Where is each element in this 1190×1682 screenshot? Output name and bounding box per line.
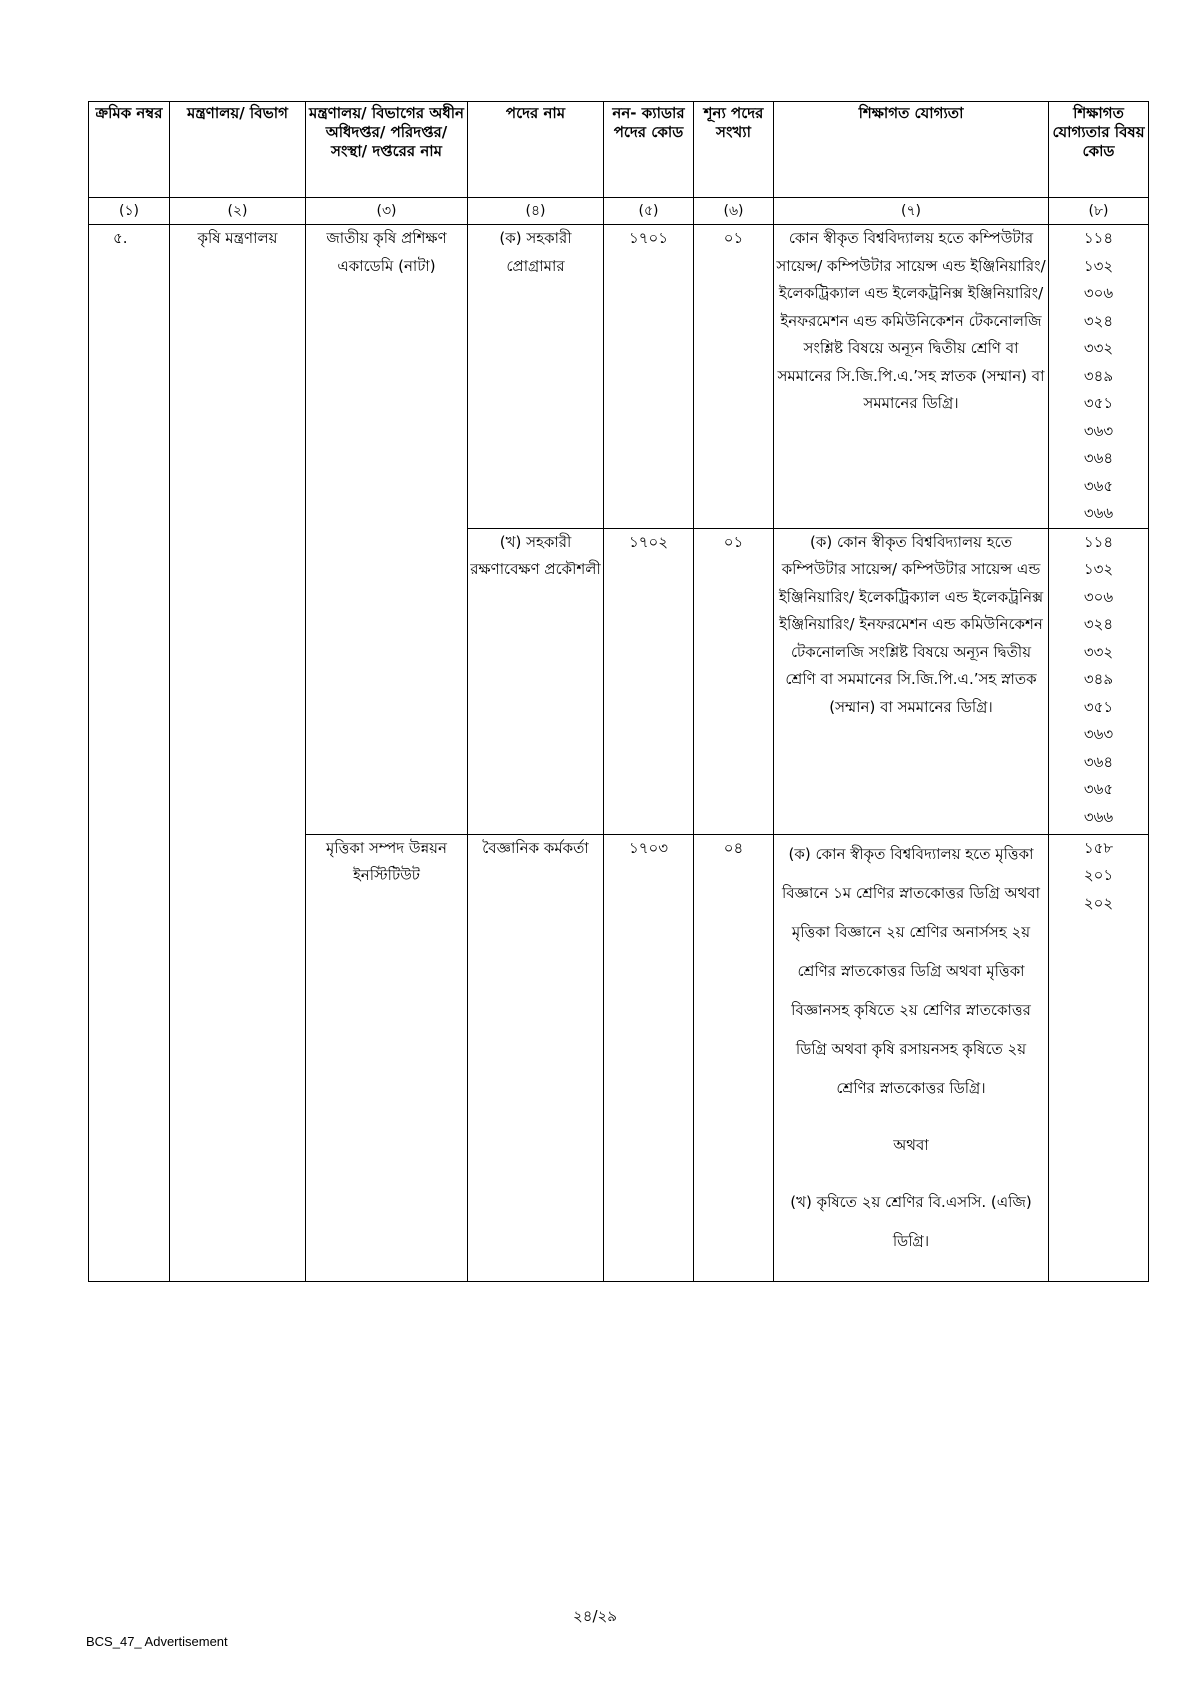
qualification: কোন স্বীকৃত বিশ্ববিদ্যালয় হতে কম্পিউটার… xyxy=(774,225,1049,529)
subject-code: ৩৫১ xyxy=(1051,694,1146,722)
subject-code: ৩৪৯ xyxy=(1051,666,1146,694)
post-name: বৈজ্ঞানিক কর্মকর্তা xyxy=(468,834,604,1281)
subject-code: ১১৪ xyxy=(1051,529,1146,557)
subject-code: ৩২৪ xyxy=(1051,308,1146,336)
subject-code: ১৫৮ xyxy=(1051,835,1146,863)
header-post-code: নন- ক্যাডার পদের কোড xyxy=(604,102,694,198)
post-code: ১৭০২ xyxy=(604,528,694,834)
subject-code: ১৩২ xyxy=(1051,253,1146,281)
qualification: (ক) কোন স্বীকৃত বিশ্ববিদ্যালয় হতে মৃত্ত… xyxy=(774,834,1049,1281)
column-number: (৮) xyxy=(1049,198,1149,225)
column-number: (৩) xyxy=(306,198,468,225)
header-qualification: শিক্ষাগত যোগ্যতা xyxy=(774,102,1049,198)
column-number: (৬) xyxy=(694,198,774,225)
vacancy-count: ০১ xyxy=(694,528,774,834)
subject-code: ৩৬৬ xyxy=(1051,500,1146,528)
qualification: (ক) কোন স্বীকৃত বিশ্ববিদ্যালয় হতে কম্পি… xyxy=(774,528,1049,834)
qualification-or: অথবা xyxy=(893,1136,928,1154)
column-number: (৭) xyxy=(774,198,1049,225)
subject-code: ৩৬৬ xyxy=(1051,804,1146,832)
department-name: জাতীয় কৃষি প্রশিক্ষণ একাডেমি (নাটা) xyxy=(306,225,468,835)
subject-code: ৩৬৪ xyxy=(1051,749,1146,777)
column-number: (১) xyxy=(89,198,170,225)
page-number: ২৪/২৯ xyxy=(0,1605,1190,1630)
post-name: (ক) সহকারী প্রোগ্রামার xyxy=(468,225,604,529)
subject-code: ২০২ xyxy=(1051,890,1146,918)
qualification-option-a: (ক) কোন স্বীকৃত বিশ্ববিদ্যালয় হতে মৃত্ত… xyxy=(782,845,1040,1097)
column-number: (২) xyxy=(170,198,306,225)
header-row: ক্রমিক নম্বর মন্ত্রণালয়/ বিভাগ মন্ত্রণা… xyxy=(89,102,1149,198)
subject-code: ৩৬৩ xyxy=(1051,721,1146,749)
serial-number: ৫. xyxy=(89,225,170,1282)
subject-code: ২০১ xyxy=(1051,862,1146,890)
post-code: ১৭০১ xyxy=(604,225,694,529)
vacancy-count: ০৪ xyxy=(694,834,774,1281)
vacancy-count: ০১ xyxy=(694,225,774,529)
subject-code: ৩৬৪ xyxy=(1051,445,1146,473)
header-post-name: পদের নাম xyxy=(468,102,604,198)
subject-code: ৩৬৩ xyxy=(1051,418,1146,446)
ministry-name: কৃষি মন্ত্রণালয় xyxy=(170,225,306,1282)
subject-codes: ১৫৮২০১২০২ xyxy=(1049,834,1149,1281)
post-name: (খ) সহকারী রক্ষণাবেক্ষণ প্রকৌশলী xyxy=(468,528,604,834)
header-subject-code: শিক্ষাগত যোগ্যতার বিষয় কোড xyxy=(1049,102,1149,198)
subject-codes: ১১৪১৩২৩০৬৩২৪৩৩২৩৪৯৩৫১৩৬৩৩৬৪৩৬৫৩৬৬ xyxy=(1049,528,1149,834)
header-vacancies: শূন্য পদের সংখ্যা xyxy=(694,102,774,198)
subject-code: ৩৬৫ xyxy=(1051,473,1146,501)
qualification-option-b: (খ) কৃষিতে ২য় শ্রেণির বি.এসসি. (এজি) ডি… xyxy=(790,1193,1031,1250)
vacancy-table: ক্রমিক নম্বর মন্ত্রণালয়/ বিভাগ মন্ত্রণা… xyxy=(88,101,1149,1282)
subject-code: ১৩২ xyxy=(1051,556,1146,584)
subject-codes: ১১৪১৩২৩০৬৩২৪৩৩২৩৪৯৩৫১৩৬৩৩৬৪৩৬৫৩৬৬ xyxy=(1049,225,1149,529)
subject-code: ৩৫১ xyxy=(1051,390,1146,418)
subject-code: ১১৪ xyxy=(1051,225,1146,253)
document-footer: BCS_47_ Advertisement xyxy=(86,1634,228,1649)
subject-code: ৩২৪ xyxy=(1051,611,1146,639)
department-name: মৃত্তিকা সম্পদ উন্নয়ন ইনস্টিটিউট xyxy=(306,834,468,1281)
subject-code: ৩৪৯ xyxy=(1051,363,1146,391)
post-code: ১৭০৩ xyxy=(604,834,694,1281)
subject-code: ৩৩২ xyxy=(1051,335,1146,363)
subject-code: ৩০৬ xyxy=(1051,280,1146,308)
header-ministry: মন্ত্রণালয়/ বিভাগ xyxy=(170,102,306,198)
subject-code: ৩৬৫ xyxy=(1051,776,1146,804)
subject-code: ৩৩২ xyxy=(1051,639,1146,667)
column-number: (৪) xyxy=(468,198,604,225)
column-number-row: (১) (২) (৩) (৪) (৫) (৬) (৭) (৮) xyxy=(89,198,1149,225)
header-department: মন্ত্রণালয়/ বিভাগের অধীন অধিদপ্তর/ পরিদ… xyxy=(306,102,468,198)
subject-code: ৩০৬ xyxy=(1051,584,1146,612)
column-number: (৫) xyxy=(604,198,694,225)
table-row: ৫. কৃষি মন্ত্রণালয় জাতীয় কৃষি প্রশিক্ষ… xyxy=(89,225,1149,529)
header-serial: ক্রমিক নম্বর xyxy=(89,102,170,198)
